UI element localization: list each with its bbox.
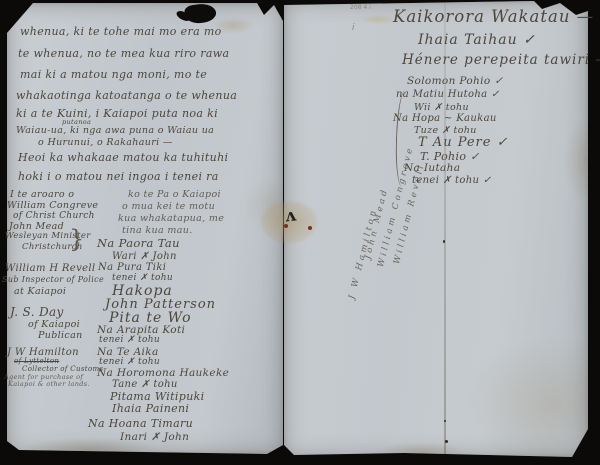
page-mark: i <box>352 24 355 33</box>
signature-line: Na Pura Tiki <box>98 263 166 273</box>
signature-line: tenei ✗ tohu <box>99 336 160 345</box>
witness-line: at Kaiapoi <box>14 287 66 297</box>
body-line: Heoi ka whakaae matou ka tuhituhi <box>18 152 228 163</box>
wax-dot <box>284 224 288 228</box>
signature-line: Ihaia Paineni <box>112 403 189 414</box>
body-line: ki a te Kuini, i Kaiapoi puta noa ki <box>16 108 218 119</box>
insertion-word: putanoa <box>62 119 91 126</box>
witness-line: I te aroaro o <box>10 190 74 200</box>
note-line: tina kua mau. <box>122 226 193 236</box>
signature-line: Na Paora Tau <box>97 238 180 250</box>
manuscript-right-page <box>284 1 588 457</box>
signature-line: T. Pohio ✓ <box>420 151 480 162</box>
heading-signature: Hénere perepeita tawiri — <box>402 54 600 68</box>
signature-line: T Au Pere ✓ <box>418 136 509 149</box>
witness-signature: William H Revell <box>5 264 95 274</box>
witness-line: of Christ Church <box>13 212 95 221</box>
witness-signature: J. S. Day <box>10 306 64 318</box>
heading-signature: Kaikorora Wakatau — <box>393 9 594 26</box>
signature-line: na Matiu Hutoha ✓ <box>396 90 500 100</box>
note-line: o mua kei te motu <box>122 202 215 212</box>
signature-line: Na Arapita Koti <box>97 325 185 336</box>
signature-line: Wari ✗ John <box>112 252 177 262</box>
body-line: o Hurunui, o Rakahauri — <box>38 138 173 148</box>
witness-line: of Kaiapoi <box>28 320 80 330</box>
signature-line: Pitama Witipuki <box>110 391 205 402</box>
body-line: whenua, ki te tohe mai mo era mo <box>20 26 222 37</box>
witness-line: Publican <box>38 331 83 341</box>
body-line: mai ki a matou nga moni, mo te <box>20 69 207 80</box>
witness-line: Collector of Customs <box>22 366 103 373</box>
wax-dot <box>308 226 312 230</box>
signature-line: Tane ✗ tohu <box>112 380 178 390</box>
signature-line: Pita te Wo <box>109 311 192 325</box>
signature-line: tenei ✗ tohu <box>99 358 160 367</box>
fold-crease <box>444 2 446 454</box>
signature-line: Na Iutaha <box>404 163 460 174</box>
signature-line: Hakopa <box>112 284 173 298</box>
body-line: hoki i o matou nei ingoa i tenei ra <box>18 171 219 182</box>
witness-signature: William Congreve <box>7 201 98 211</box>
signature-line: Inari ✗ John <box>120 432 189 443</box>
note-line: ko te Pa o Kaiapoi <box>128 190 221 200</box>
ink-speck <box>445 440 448 443</box>
signature-line: Solomon Pohio ✓ <box>407 76 503 87</box>
witness-line: Sub Inspector of Police <box>2 276 104 284</box>
note-line: kua whakatapua, me <box>118 214 224 224</box>
archive-code: 208 4 i <box>350 5 371 11</box>
signature-line: Wii ✗ tohu <box>414 103 469 113</box>
witness-line: of Lyttelton <box>14 358 59 365</box>
witness-brace-mark: } <box>69 225 84 253</box>
signature-line: Na Hoana Timaru <box>88 418 193 429</box>
witness-line: Kaiapoi & other lands. <box>8 381 90 388</box>
signature-line: Na Te Aika <box>97 347 159 358</box>
photo-backdrop: whenua, ki te tohe mai mo era mo te when… <box>0 0 600 465</box>
body-line: te whenua, no te mea kua riro rawa <box>18 48 229 59</box>
signature-line: tenei ✗ tohu <box>112 274 173 283</box>
ink-speck <box>443 240 445 243</box>
signature-line: Na Horomona Haukeke <box>97 368 229 379</box>
ink-speck <box>444 420 446 422</box>
signature-line: tenei ✗ tohu ✓ <box>412 176 492 186</box>
heading-signature: Ihaia Taihau ✓ <box>418 33 536 47</box>
body-line: Waiau-ua, ki nga awa puna o Waiau ua <box>16 126 214 136</box>
body-line: whakaotinga katoatanga o te whenua <box>16 90 237 101</box>
